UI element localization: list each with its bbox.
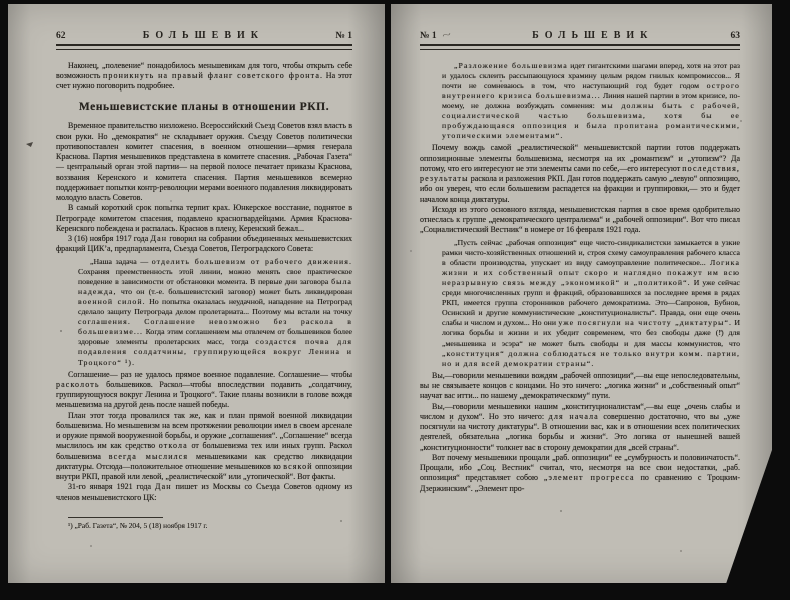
text-run: 31-го января 1921 года	[68, 482, 155, 491]
emphasized-text-run: военной силой.	[78, 297, 146, 306]
text-run: Соглашение— раз не удалось прямое военно…	[68, 370, 352, 379]
text-run: В самый короткий срок попытка терпит кра…	[56, 203, 352, 233]
text-run: Исходя из этого основного взгляда, меньш…	[420, 205, 740, 235]
emphasized-text-run: „Разложение большевизма	[454, 61, 568, 70]
footnote-rule	[68, 517, 163, 518]
text-run: 3 (16) ноября 1917 года	[68, 234, 151, 243]
text-run: ¹) „Раб. Газета“, № 204, 5 (18) ноября 1…	[68, 521, 207, 530]
emphasized-text-run: расколоть	[56, 380, 100, 389]
page-left: 62 БОЛЬШЕВИК № 1 Наконец, „полевение“ по…	[8, 4, 385, 583]
paragraph: Почему вождь самой „реалистической“ мень…	[420, 143, 740, 205]
book-scan-spread: 62 БОЛЬШЕВИК № 1 Наконец, „полевение“ по…	[0, 0, 790, 600]
text-run: что он (т.-е. большевистский заговор) мо…	[117, 287, 352, 296]
paragraph: В самый короткий срок попытка терпит кра…	[56, 203, 352, 234]
page-number: 62	[56, 31, 66, 41]
journal-title: БОЛЬШЕВИК	[137, 30, 264, 41]
paragraph: 3 (16) ноября 1917 года Дан говорил на с…	[56, 234, 352, 255]
page-header-left: 62 БОЛЬШЕВИК № 1	[56, 30, 352, 41]
paragraph: План этот тогда провалился так же, как и…	[56, 411, 352, 483]
footnote: ¹) „Раб. Газета“, № 204, 5 (18) ноября 1…	[68, 521, 352, 531]
emphasized-text-run: всякой	[283, 462, 312, 471]
paragraph: Наконец, „полевение“ понадобилось меньше…	[56, 61, 352, 92]
emphasized-text-run: проникнуть на правый фланг советского фр…	[103, 71, 323, 80]
paragraph: Вы,—говорили меньшевики нашим „конституц…	[420, 402, 740, 453]
page-header-right: № 1~ БОЛЬШЕВИК 63	[420, 30, 740, 41]
paragraph: Вот почему меньшевики прощали „раб. оппо…	[420, 453, 740, 494]
text-run: Временное правительство низложено. Всеро…	[56, 121, 352, 202]
issue-number: № 1	[335, 31, 352, 41]
paragraph: Вы,—говорили меньшевики вождям „рабочей …	[420, 371, 740, 402]
emphasized-text-run: „конституция“ должна соблюдаться не толь…	[442, 349, 740, 368]
text-run: Сохраняя преемственность этой линии, мож…	[78, 267, 352, 286]
page-number: 63	[731, 31, 741, 41]
emphasized-text-run: Дан	[155, 482, 172, 491]
emphasized-text-run: „элемент прогресса	[544, 473, 635, 482]
paragraph: Соглашение— раз не удалось прямое военно…	[56, 370, 352, 411]
page-body-left: Наконец, „полевение“ понадобилось меньше…	[56, 61, 352, 531]
text-run: большевиков. Раскол—чтобы впоследствии п…	[56, 380, 352, 410]
text-run: Вы,—говорили меньшевики вождям „рабочей …	[420, 371, 740, 401]
text-run: „Наша задача —	[90, 257, 152, 266]
paragraph: 31-го января 1921 года Дан пишет из Моск…	[56, 482, 352, 503]
section-heading: Меньшевистские планы в отношении РКП.	[56, 101, 352, 113]
emphasized-text-run: отделить большевизм от рабочего движения…	[152, 257, 352, 266]
scan-noise-specks	[0, 0, 2, 2]
emphasized-text-run: откола	[159, 441, 188, 450]
text-run: Меньшевистские планы в отношении РКП.	[79, 101, 329, 113]
paragraph: Временное правительство низложено. Всеро…	[56, 121, 352, 203]
emphasized-text-run: для начала	[549, 412, 599, 421]
text-run: раскола и разложения РКП. Дан готов подд…	[420, 174, 740, 204]
quote-block: „Наша задача — отделить большевизм от ра…	[78, 257, 352, 368]
issue-number-text: № 1	[420, 31, 437, 41]
page-right: № 1~ БОЛЬШЕВИК 63 „Разложение большевизм…	[391, 4, 772, 583]
paragraph: Исходя из этого основного взгляда, меньш…	[420, 205, 740, 236]
page-body-right: „Разложение большевизма идет гигантскими…	[420, 61, 740, 494]
quote-block: „Пусть сейчас „рабочая оппозиция“ еще чи…	[442, 238, 740, 369]
quote-block: „Разложение большевизма идет гигантскими…	[442, 61, 740, 142]
header-rule	[56, 44, 352, 50]
header-rule	[420, 44, 740, 50]
journal-title: БОЛЬШЕВИК	[526, 30, 653, 41]
text-run: „Пусть сейчас „рабочая оппозиция“ еще чи…	[442, 238, 740, 267]
emphasized-text-run: Дан	[151, 234, 168, 243]
emphasized-text-run: всегда мыслился	[109, 452, 188, 461]
issue-number: № 1~	[420, 30, 449, 41]
pen-mark: ~	[441, 29, 452, 42]
emphasized-text-run: уже посягнули на чистоту „диктатуры“.	[558, 318, 732, 327]
